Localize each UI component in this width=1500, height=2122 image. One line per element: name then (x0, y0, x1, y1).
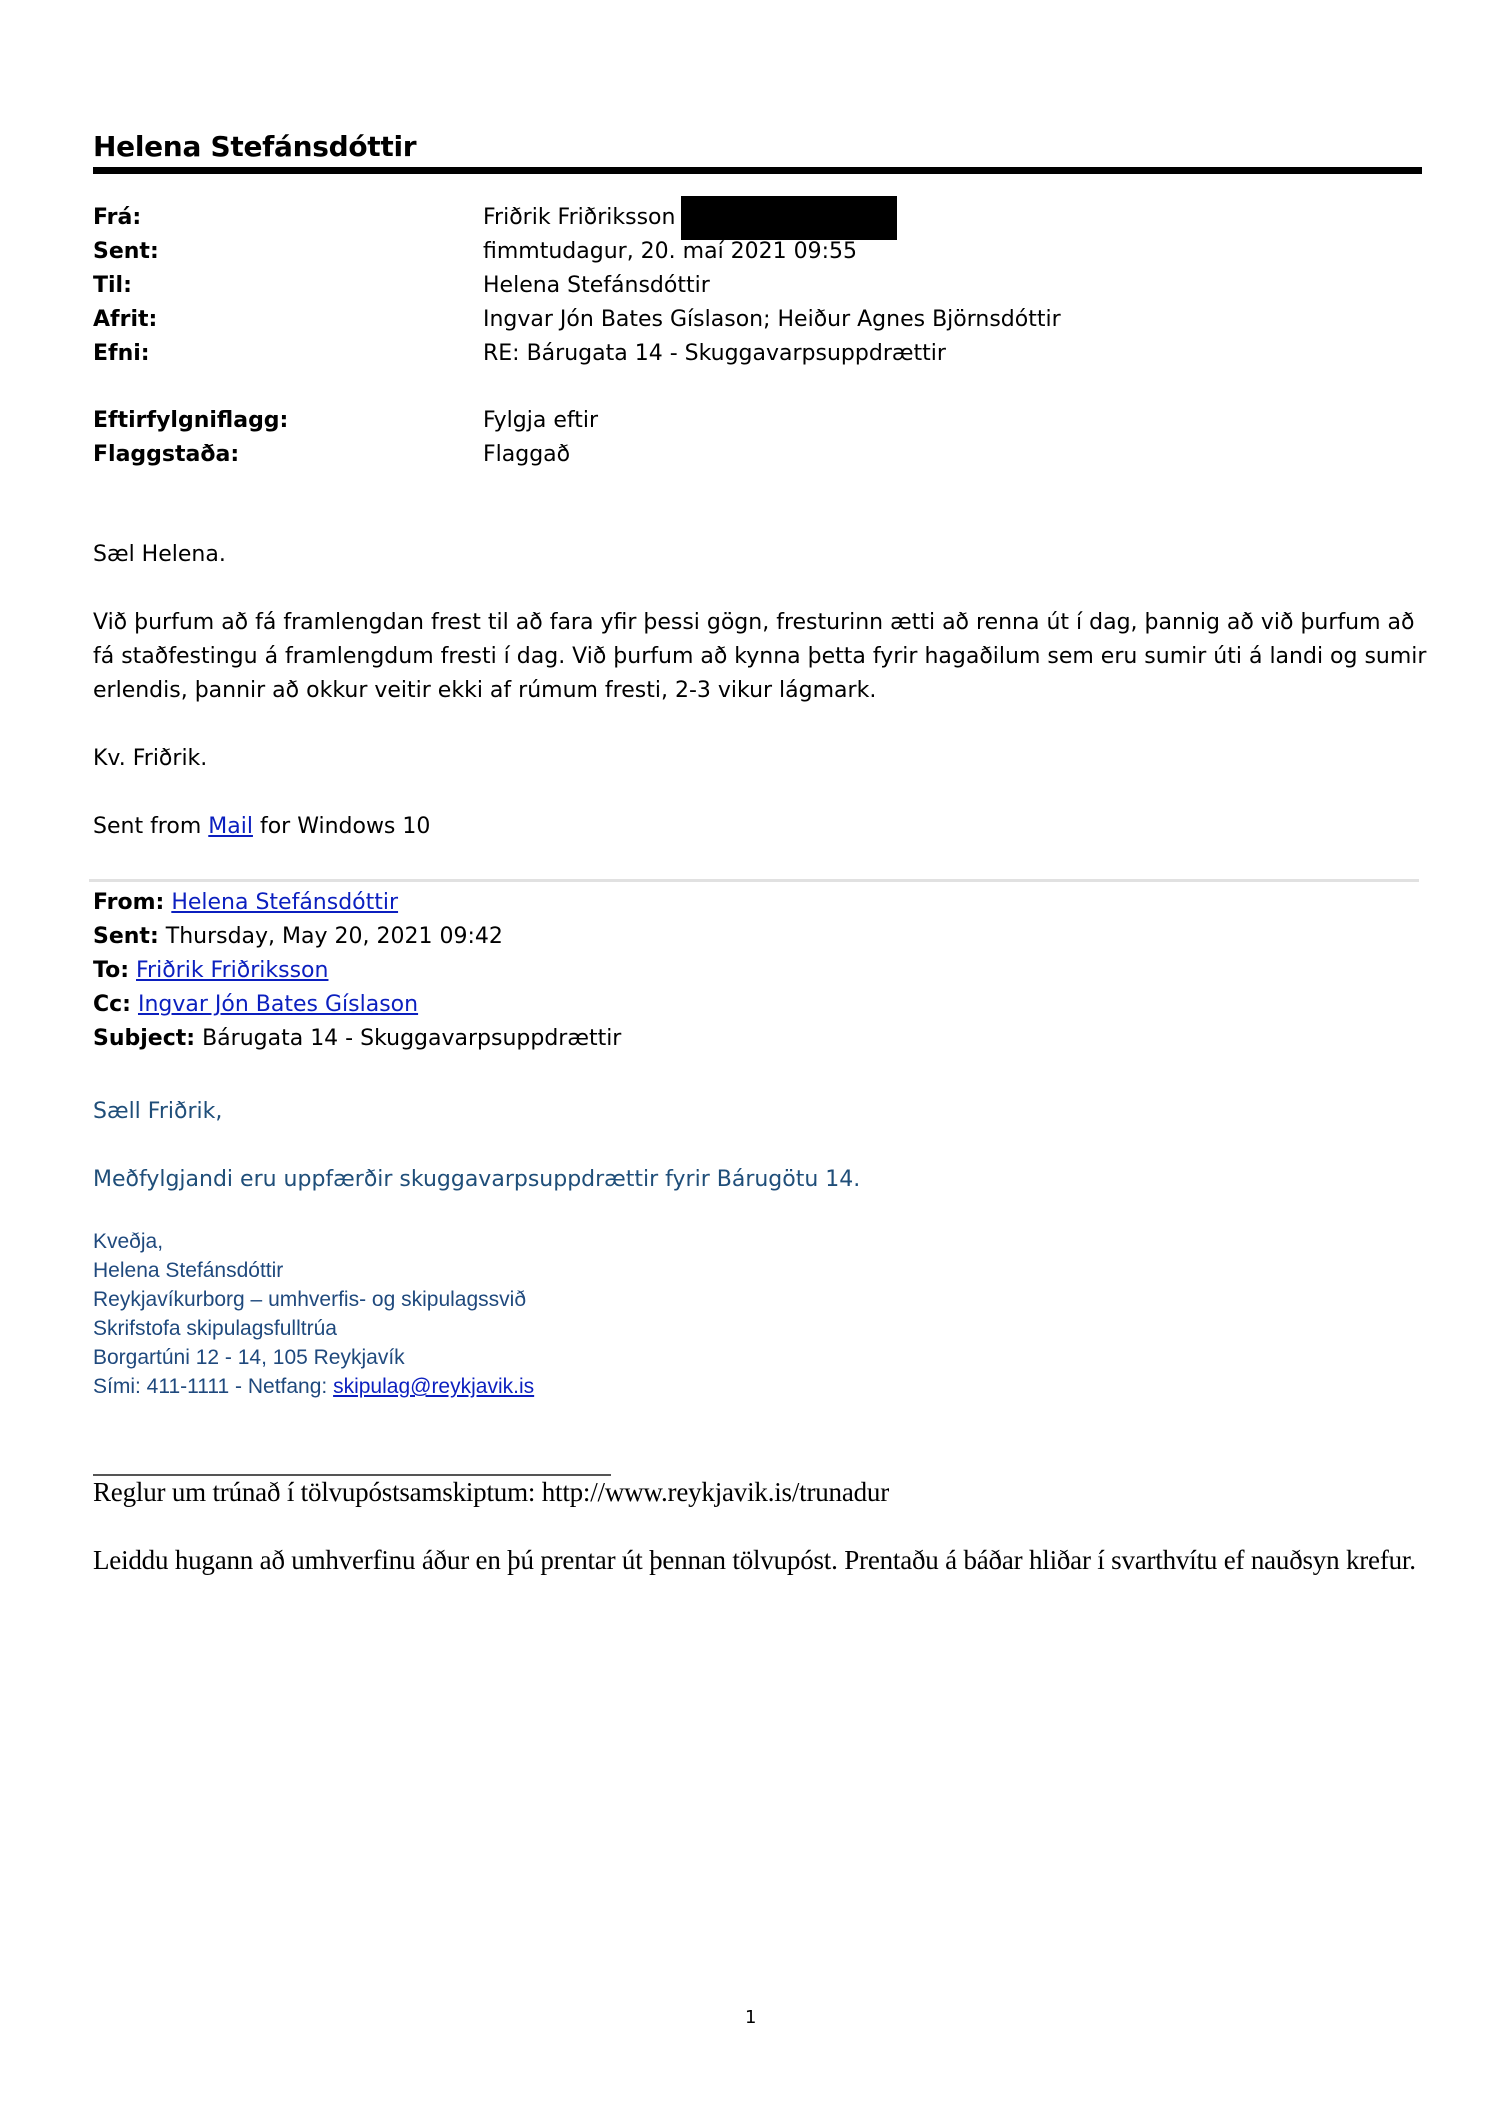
from-label: Frá: (93, 205, 141, 230)
sent-from-line: Sent from Mail for Windows 10 (93, 810, 430, 844)
fw-subject-row: Subject: Bárugata 14 - Skuggavarpsuppdræ… (93, 1026, 621, 1051)
fw-subject-value: Bárugata 14 - Skuggavarpsuppdrættir (202, 1026, 621, 1051)
sent-label: Sent: (93, 239, 159, 264)
footer-underline (93, 1474, 611, 1476)
reply-paragraph: Við þurfum að fá framlengdan frest til a… (93, 606, 1428, 708)
sig-address: Borgartúni 12 - 14, 105 Reykjavík (93, 1343, 405, 1372)
sig-closing: Kveðja, (93, 1227, 163, 1256)
sig-contact: Sími: 411-1111 - Netfang: skipulag@reykj… (93, 1372, 534, 1401)
fw-to-row: To: Friðrik Friðriksson (93, 958, 328, 983)
from-value: Friðrik Friðriksson (483, 205, 675, 230)
fw-cc-link[interactable]: Ingvar Jón Bates Gíslason (138, 992, 418, 1017)
document-title: Helena Stefánsdóttir (93, 130, 416, 163)
sig-office: Skrifstofa skipulagsfulltrúa (93, 1314, 337, 1343)
fw-to-label: To: (93, 958, 129, 983)
sig-name: Helena Stefánsdóttir (93, 1256, 283, 1285)
fw-subject-label: Subject: (93, 1026, 195, 1051)
sent-value: fimmtudagur, 20. maí 2021 09:55 (483, 239, 857, 264)
fw-from-label: From: (93, 890, 164, 915)
fw-greeting: Sæll Friðrik, (93, 1095, 222, 1129)
followup-flag-value: Fylgja eftir (483, 408, 598, 433)
sig-org: Reykjavíkurborg – umhverfis- og skipulag… (93, 1285, 526, 1314)
flag-status-label: Flaggstaða: (93, 442, 239, 467)
sent-from-suffix: for Windows 10 (253, 814, 430, 839)
flag-status-value: Flaggað (483, 442, 570, 467)
redaction-box (681, 196, 897, 240)
sig-email-link[interactable]: skipulag@reykjavik.is (333, 1375, 534, 1398)
to-value: Helena Stefánsdóttir (483, 273, 710, 298)
fw-sent-row: Sent: Thursday, May 20, 2021 09:42 (93, 924, 503, 949)
reply-greeting: Sæl Helena. (93, 538, 226, 572)
subject-value: RE: Bárugata 14 - Skuggavarpsuppdrættir (483, 341, 946, 366)
fw-from-row: From: Helena Stefánsdóttir (93, 890, 398, 915)
page-number: 1 (745, 2007, 756, 2028)
confidentiality-notice: Reglur um trúnað í tölvupóstsamskiptum: … (93, 1477, 889, 1508)
fw-sent-label: Sent: (93, 924, 159, 949)
fw-sent-value: Thursday, May 20, 2021 09:42 (166, 924, 503, 949)
fw-body: Meðfylgjandi eru uppfærðir skuggavarpsup… (93, 1163, 860, 1197)
reply-signoff: Kv. Friðrik. (93, 742, 207, 776)
fw-cc-row: Cc: Ingvar Jón Bates Gíslason (93, 992, 418, 1017)
environment-notice: Leiddu hugann að umhverfinu áður en þú p… (93, 1542, 1428, 1578)
mail-app-link[interactable]: Mail (208, 814, 253, 839)
subject-label: Efni: (93, 341, 150, 366)
fw-from-link[interactable]: Helena Stefánsdóttir (171, 890, 398, 915)
fw-cc-label: Cc: (93, 992, 131, 1017)
sent-from-prefix: Sent from (93, 814, 208, 839)
fw-to-link[interactable]: Friðrik Friðriksson (136, 958, 328, 983)
followup-flag-label: Eftirfylgniflagg: (93, 408, 288, 433)
sig-contact-prefix: Sími: 411-1111 - Netfang: (93, 1375, 333, 1398)
cc-value: Ingvar Jón Bates Gíslason; Heiður Agnes … (483, 307, 1061, 332)
title-rule (93, 167, 1422, 174)
cc-label: Afrit: (93, 307, 157, 332)
to-label: Til: (93, 273, 132, 298)
message-separator (89, 879, 1419, 882)
